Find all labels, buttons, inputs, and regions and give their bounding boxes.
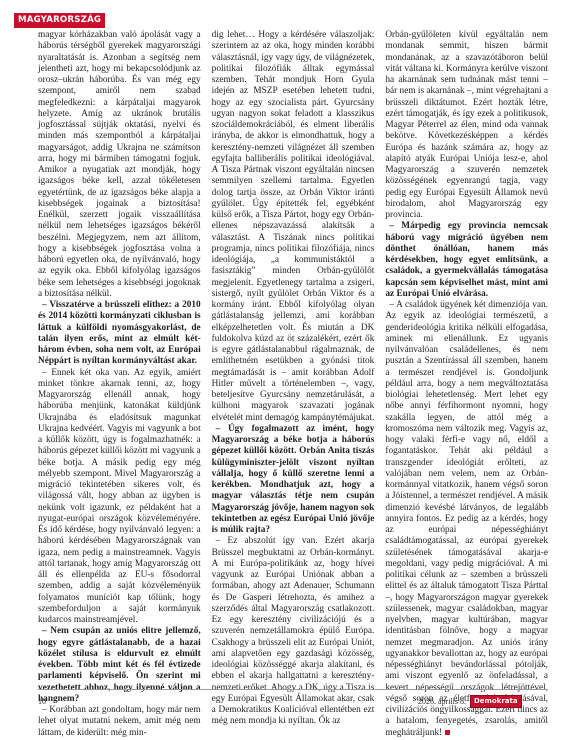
end-mark-square-icon [445, 730, 450, 735]
answer-paragraph: Orbán-gyűlöleten kívül egyáltalán nem mo… [385, 30, 548, 221]
answer-paragraph: – Korábban azt gondoltam, hogy már nem l… [38, 705, 201, 739]
publication-logo: Demokrata [470, 695, 522, 708]
answer-paragraph: dig lehet… Hogy a kérdésére válaszoljak:… [212, 30, 375, 424]
issue-date: 2026. április 8. [418, 697, 466, 706]
final-paragraph-text: – A családok ügyének két dimenziója van.… [385, 300, 548, 738]
column-1: magyar kórházakban való ápolását vagy a … [38, 30, 201, 684]
column-2: dig lehet… Hogy a kérdésére válaszoljak:… [212, 30, 375, 684]
answer-paragraph: – Ennek két oka van. Az egyik, amiért mi… [38, 368, 201, 627]
column-3: Orbán-gyűlöleten kívül egyáltalán nem mo… [385, 30, 548, 684]
footer-divider [38, 689, 548, 690]
answer-paragraph: – Ez abszolút így van. Ezért akarja Brüs… [212, 536, 375, 727]
section-label: MAGYARORSZÁG [14, 13, 105, 28]
question-paragraph: – Márpedig egy provincia nemcsak háború … [385, 221, 548, 300]
answer-paragraph: – A családok ügyének két dimenziója van.… [385, 300, 548, 739]
question-paragraph: – Visszatérve a brüsszeli elithez: a 201… [38, 300, 201, 368]
article-body: magyar kórházakban való ápolását vagy a … [38, 30, 548, 684]
question-paragraph: – Úgy fogalmazott az imént, hogy Magyaro… [212, 424, 375, 537]
answer-paragraph: magyar kórházakban való ápolását vagy a … [38, 30, 201, 300]
question-paragraph: – Nem csupán az uniós elitre jellemző, h… [38, 626, 201, 705]
page-number: 10 [38, 697, 46, 706]
